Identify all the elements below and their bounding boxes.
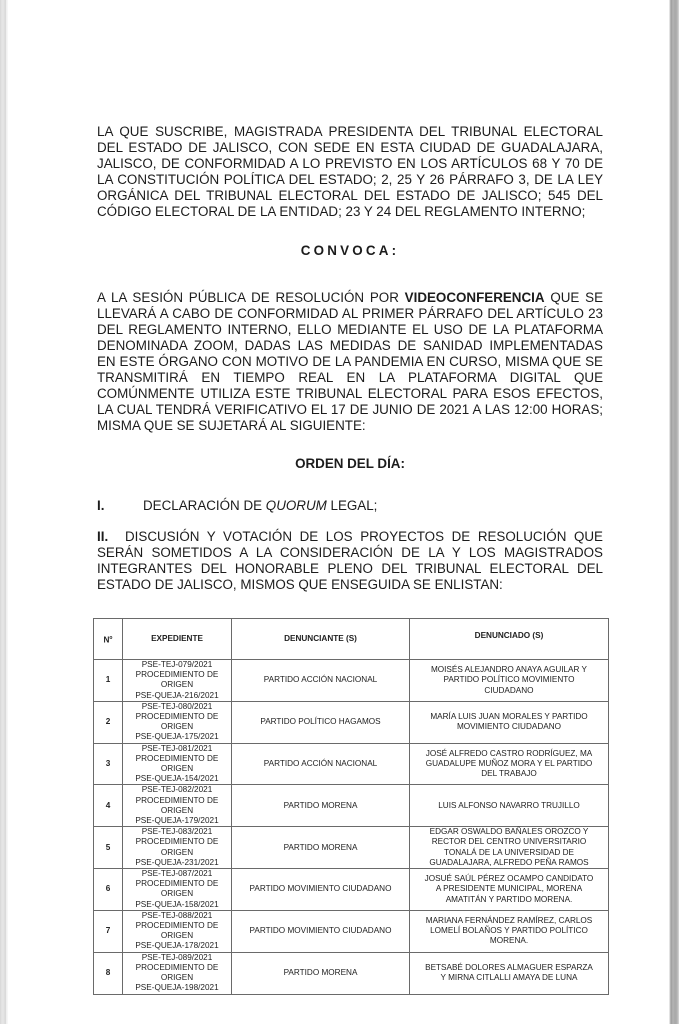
expediente-cell: PSE-TEJ-080/2021PROCEDIMIENTO DEORIGENPS… xyxy=(123,701,232,743)
denunciado-cell: JOSÉ ALFREDO CASTRO RODRÍGUEZ, MA GUADAL… xyxy=(410,743,609,785)
expediente-line: ORIGEN xyxy=(126,889,228,899)
row-number: 2 xyxy=(94,701,123,743)
agenda-text: DISCUSIÓN Y VOTACIÓN DE LOS PROYECTOS DE… xyxy=(97,529,603,592)
denunciado-cell: BETSABÉ DOLORES ALMAGUER ESPARZA Y MIRNA… xyxy=(410,952,609,994)
expediente-line: PROCEDIMIENTO DE xyxy=(126,796,228,806)
expediente-cell: PSE-TEJ-081/2021PROCEDIMIENTO DEORIGENPS… xyxy=(123,743,232,785)
page-right-edge xyxy=(669,0,679,1024)
expediente-line: ORIGEN xyxy=(126,764,228,774)
expediente-cell: PSE-TEJ-088/2021PROCEDIMIENTO DEORIGENPS… xyxy=(123,910,232,952)
table-body: 1PSE-TEJ-079/2021PROCEDIMIENTO DEORIGENP… xyxy=(94,660,609,995)
expediente-line: ORIGEN xyxy=(126,806,228,816)
denunciado-cell: EDGAR OSWALDO BAÑALES OROZCO Y RECTOR DE… xyxy=(410,827,609,869)
expediente-cell: PSE-TEJ-079/2021PROCEDIMIENTO DEORIGENPS… xyxy=(123,660,232,702)
expediente-line: PROCEDIMIENTO DE xyxy=(126,670,228,680)
denunciante-cell: PARTIDO ACCIÓN NACIONAL xyxy=(232,743,410,785)
agenda-numeral: I. xyxy=(97,498,143,514)
expediente-line: PSE-TEJ-080/2021 xyxy=(126,702,228,712)
expediente-line: PSE-TEJ-088/2021 xyxy=(126,911,228,921)
header-num-superscript: o xyxy=(109,635,112,641)
expediente-cell: PSE-TEJ-082/2021PROCEDIMIENTO DEORIGENPS… xyxy=(123,785,232,827)
header-denunciante: DENUNCIANTE (S) xyxy=(232,619,410,660)
table-header-row: No EXPEDIENTE DENUNCIANTE (S) DENUNCIADO… xyxy=(94,619,609,660)
convocatoria-paragraph: A LA SESIÓN PÚBLICA DE RESOLUCIÓN POR VI… xyxy=(97,290,603,434)
denunciado-cell: JOSUÉ SAÚL PÉREZ OCAMPO CANDIDATO A PRES… xyxy=(410,869,609,911)
denunciante-cell: PARTIDO ACCIÓN NACIONAL xyxy=(232,660,410,702)
expediente-line: PROCEDIMIENTO DE xyxy=(126,754,228,764)
table-row: 7PSE-TEJ-088/2021PROCEDIMIENTO DEORIGENP… xyxy=(94,910,609,952)
row-number: 8 xyxy=(94,952,123,994)
expediente-line: PSE-QUEJA-216/2021 xyxy=(126,691,228,701)
quorum-italic: QUORUM xyxy=(266,498,327,513)
agenda-item-2: II.DISCUSIÓN Y VOTACIÓN DE LOS PROYECTOS… xyxy=(97,529,603,593)
expediente-line: PSE-QUEJA-231/2021 xyxy=(126,858,228,868)
expediente-line: PSE-TEJ-083/2021 xyxy=(126,827,228,837)
denunciado-cell: MOISÉS ALEJANDRO ANAYA AGUILAR Y PARTIDO… xyxy=(410,660,609,702)
denunciado-cell: LUIS ALFONSO NAVARRO TRUJILLO xyxy=(410,785,609,827)
expediente-line: PSE-QUEJA-175/2021 xyxy=(126,732,228,742)
row-number: 3 xyxy=(94,743,123,785)
expediente-cell: PSE-TEJ-087/2021PROCEDIMIENTO DEORIGENPS… xyxy=(123,869,232,911)
expediente-line: PROCEDIMIENTO DE xyxy=(126,963,228,973)
table-row: 8PSE-TEJ-089/2021PROCEDIMIENTO DEORIGENP… xyxy=(94,952,609,994)
row-number: 6 xyxy=(94,869,123,911)
convoca-heading: CONVOCA: xyxy=(97,243,603,258)
expediente-line: PROCEDIMIENTO DE xyxy=(126,921,228,931)
table-row: 1PSE-TEJ-079/2021PROCEDIMIENTO DEORIGENP… xyxy=(94,660,609,702)
agenda-numeral: II. xyxy=(97,529,125,545)
expediente-line: ORIGEN xyxy=(126,722,228,732)
expediente-line: ORIGEN xyxy=(126,973,228,983)
expediente-line: PSE-QUEJA-154/2021 xyxy=(126,774,228,784)
row-number: 5 xyxy=(94,827,123,869)
expediente-cell: PSE-TEJ-083/2021PROCEDIMIENTO DEORIGENPS… xyxy=(123,827,232,869)
convocatoria-text-start: A LA SESIÓN PÚBLICA DE RESOLUCIÓN POR xyxy=(97,290,405,305)
expediente-line: PSE-TEJ-079/2021 xyxy=(126,660,228,670)
row-number: 1 xyxy=(94,660,123,702)
expediente-line: PROCEDIMIENTO DE xyxy=(126,712,228,722)
expediente-line: PROCEDIMIENTO DE xyxy=(126,879,228,889)
row-number: 7 xyxy=(94,910,123,952)
expediente-line: ORIGEN xyxy=(126,680,228,690)
expediente-line: PSE-TEJ-082/2021 xyxy=(126,785,228,795)
convocatoria-text-rest: QUE SE LLEVARÁ A CABO DE CONFORMIDAD AL … xyxy=(97,290,603,433)
expediente-line: ORIGEN xyxy=(126,848,228,858)
expediente-line: PSE-TEJ-089/2021 xyxy=(126,953,228,963)
table-row: 5PSE-TEJ-083/2021PROCEDIMIENTO DEORIGENP… xyxy=(94,827,609,869)
page-left-edge xyxy=(0,0,8,1024)
denunciante-cell: PARTIDO MORENA xyxy=(232,827,410,869)
expediente-cell: PSE-TEJ-089/2021PROCEDIMIENTO DEORIGENPS… xyxy=(123,952,232,994)
agenda-item-1: I.DECLARACIÓN DE QUORUM LEGAL; xyxy=(97,498,603,514)
expediente-line: PSE-QUEJA-158/2021 xyxy=(126,900,228,910)
expediente-line: ORIGEN xyxy=(126,931,228,941)
header-denunciado: DENUNCIADO (S) xyxy=(410,619,609,660)
header-expediente: EXPEDIENTE xyxy=(123,619,232,660)
agenda-text-start: DECLARACIÓN DE xyxy=(143,498,266,513)
expediente-line: PSE-QUEJA-198/2021 xyxy=(126,983,228,993)
videoconferencia-emphasis: VIDEOCONFERENCIA xyxy=(405,290,545,305)
denunciante-cell: PARTIDO POLÍTICO HAGAMOS xyxy=(232,701,410,743)
orden-del-dia-heading: ORDEN DEL DÍA: xyxy=(97,456,603,471)
expediente-line: PSE-QUEJA-178/2021 xyxy=(126,941,228,951)
table-row: 6PSE-TEJ-087/2021PROCEDIMIENTO DEORIGENP… xyxy=(94,869,609,911)
denunciante-cell: PARTIDO MOVIMIENTO CIUDADANO xyxy=(232,910,410,952)
expediente-line: PROCEDIMIENTO DE xyxy=(126,837,228,847)
denunciante-cell: PARTIDO MORENA xyxy=(232,952,410,994)
agenda-text-end: LEGAL; xyxy=(327,498,378,513)
header-num: No xyxy=(94,619,123,660)
intro-paragraph: LA QUE SUSCRIBE, MAGISTRADA PRESIDENTA D… xyxy=(97,124,603,220)
expediente-line: PSE-QUEJA-179/2021 xyxy=(126,816,228,826)
table-row: 3PSE-TEJ-081/2021PROCEDIMIENTO DEORIGENP… xyxy=(94,743,609,785)
table-row: 2PSE-TEJ-080/2021PROCEDIMIENTO DEORIGENP… xyxy=(94,701,609,743)
denunciado-cell: MARÍA LUIS JUAN MORALES Y PARTIDO MOVIMI… xyxy=(410,701,609,743)
denunciado-cell: MARIANA FERNÁNDEZ RAMÍREZ, CARLOS LOMELÍ… xyxy=(410,910,609,952)
expediente-line: PSE-TEJ-081/2021 xyxy=(126,744,228,754)
row-number: 4 xyxy=(94,785,123,827)
table-row: 4PSE-TEJ-082/2021PROCEDIMIENTO DEORIGENP… xyxy=(94,785,609,827)
expediente-line: PSE-TEJ-087/2021 xyxy=(126,869,228,879)
cases-table: No EXPEDIENTE DENUNCIANTE (S) DENUNCIADO… xyxy=(93,618,609,995)
denunciante-cell: PARTIDO MOVIMIENTO CIUDADANO xyxy=(232,869,410,911)
denunciante-cell: PARTIDO MORENA xyxy=(232,785,410,827)
